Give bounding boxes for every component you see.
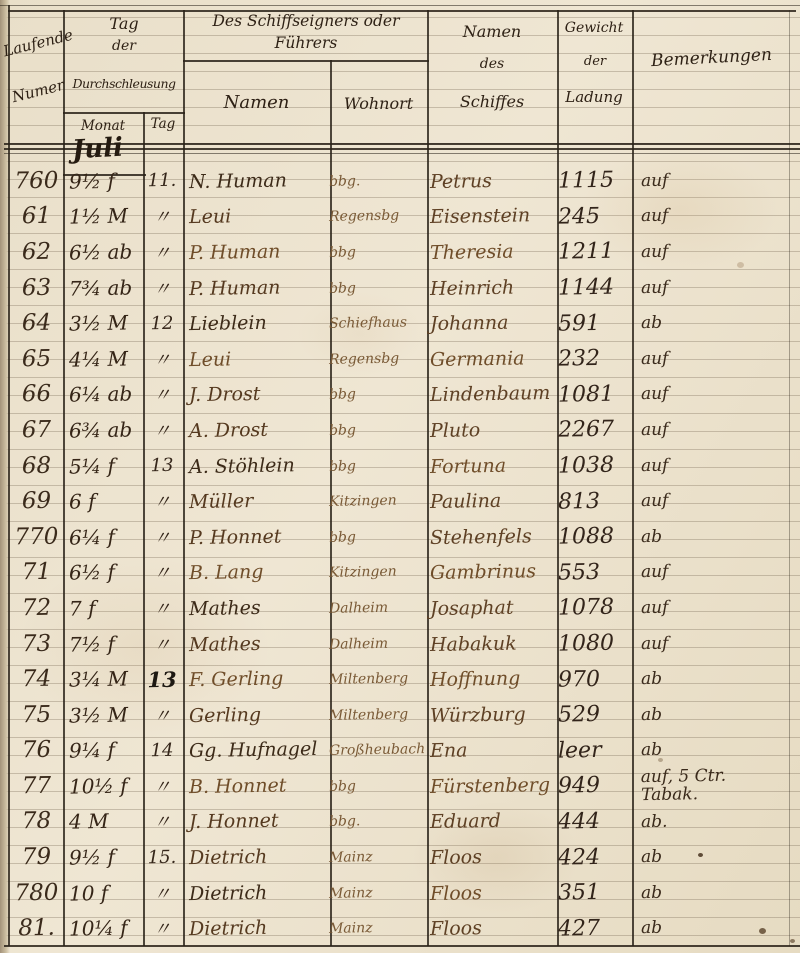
cell-remark: ab xyxy=(631,313,786,334)
column-header-skipper-line2: Führers xyxy=(183,34,429,52)
cell-name: F. Gerling xyxy=(181,667,328,692)
cell-ship: Ena xyxy=(425,738,555,762)
table-row: 753½ M〃GerlingMiltenbergWürzburg529ab xyxy=(10,697,792,733)
cell-ship: Floos xyxy=(425,881,555,905)
cell-name: B. Honnet xyxy=(181,774,328,799)
column-header-weight-line2: der xyxy=(557,54,633,69)
cell-remark: auf xyxy=(631,420,786,441)
cell-remark: auf xyxy=(631,171,786,192)
cell-weight: 1211 xyxy=(555,239,631,265)
cell-remark: auf xyxy=(631,348,786,369)
cell-weight: 591 xyxy=(555,310,631,336)
cell-ship: Floos xyxy=(425,845,555,869)
cell-weight: 1038 xyxy=(555,452,631,478)
cell-time: 6¼ ab xyxy=(63,382,143,407)
cell-ship: Würzburg xyxy=(425,703,555,727)
table-row: 716½ f〃B. LangKitzingenGambrinus553auf xyxy=(10,555,792,591)
month-value: Juli xyxy=(71,133,123,166)
cell-home: Dalheim xyxy=(328,599,425,617)
cell-time: 4¼ M xyxy=(63,346,143,371)
cell-time: 4 M xyxy=(63,809,143,834)
cell-weight: 970 xyxy=(555,666,631,692)
cell-num: 69 xyxy=(10,488,63,515)
cell-home: bbg xyxy=(328,279,425,297)
cell-remark: ab xyxy=(631,526,786,547)
cell-weight: 1078 xyxy=(555,595,631,621)
column-subheader-name: Namen xyxy=(183,92,330,113)
cell-weight: 232 xyxy=(555,346,631,372)
cell-weight: 424 xyxy=(555,844,631,870)
cell-weight: 427 xyxy=(555,915,631,941)
cell-ship: Johanna xyxy=(425,311,555,335)
cell-name: Dietrich xyxy=(181,845,328,870)
cell-name: Leui xyxy=(181,204,328,229)
column-subheader-home: Wohnort xyxy=(330,94,427,113)
cell-ship: Hoffnung xyxy=(425,667,555,691)
cell-time: 3½ M xyxy=(63,310,143,335)
cell-home: bbg xyxy=(328,528,425,546)
cell-home: Mainz xyxy=(328,848,425,866)
cell-ship: Petrus xyxy=(425,169,555,193)
cell-name: Gg. Hufnagel xyxy=(181,738,328,763)
cell-ship: Habakuk xyxy=(425,631,555,655)
grid-line-horizontal xyxy=(0,5,800,6)
cell-ship: Eduard xyxy=(425,809,555,833)
cell-time: 6 f xyxy=(63,488,143,513)
cell-weight: 2267 xyxy=(555,417,631,443)
cell-name: Dietrich xyxy=(181,880,328,905)
cell-remark: auf xyxy=(631,633,786,654)
cell-num: 79 xyxy=(10,844,63,871)
cell-time: 1½ M xyxy=(63,204,143,229)
cell-weight: 813 xyxy=(555,488,631,514)
cell-time: 3½ M xyxy=(63,702,143,727)
cell-home: Miltenberg xyxy=(328,670,425,688)
cell-day: 〃 xyxy=(143,595,181,622)
column-header-date-line3: Durchschleusung xyxy=(58,76,190,91)
cell-day: 〃 xyxy=(143,808,181,835)
cell-weight: 949 xyxy=(555,773,631,799)
cell-home: bbg. xyxy=(328,172,425,190)
cell-num: 780 xyxy=(10,879,63,906)
cell-ship: Stehenfels xyxy=(425,525,555,549)
table-row: 676¾ ab〃A. DrostbbgPluto2267auf xyxy=(10,412,792,448)
cell-home: bbg xyxy=(328,386,425,404)
cell-day: 〃 xyxy=(143,879,181,906)
cell-day: 〃 xyxy=(143,523,181,550)
cell-name: B. Lang xyxy=(181,560,328,585)
cell-home: Miltenberg xyxy=(328,706,425,724)
cell-day: 13 xyxy=(143,455,181,477)
cell-num: 75 xyxy=(10,701,63,728)
cell-weight: 553 xyxy=(555,559,631,585)
cell-time: 3¼ M xyxy=(63,666,143,691)
cell-home: bbg xyxy=(328,421,425,439)
column-header-date-line1: Tag xyxy=(63,14,185,33)
table-row: 737½ f〃MathesDalheimHabakuk1080auf xyxy=(10,626,792,662)
cell-time: 6¼ f xyxy=(63,524,143,549)
cell-name: A. Stöhlein xyxy=(181,453,328,478)
table-row: 799½ f15.DietrichMainzFloos424ab xyxy=(10,839,792,875)
cell-name: P. Honnet xyxy=(181,524,328,549)
cell-day: 〃 xyxy=(143,630,181,657)
cell-name: J. Honnet xyxy=(181,809,328,834)
cell-time: 7½ f xyxy=(63,631,143,656)
cell-ship: Heinrich xyxy=(425,275,555,299)
table-row: 611½ M〃LeuiRegensbgEisenstein245auf xyxy=(10,199,792,235)
header-double-rule-bottom xyxy=(4,148,800,150)
cell-ship: Germania xyxy=(425,347,555,371)
cell-ship: Fürstenberg xyxy=(425,774,555,798)
cell-num: 72 xyxy=(10,594,63,621)
cell-ship: Floos xyxy=(425,916,555,940)
cell-ship: Eisenstein xyxy=(425,204,555,228)
cell-home: Regensbg xyxy=(328,350,425,368)
cell-home: Schiefhaus xyxy=(328,314,425,332)
cell-num: 81. xyxy=(10,915,63,942)
cell-weight: 1088 xyxy=(555,524,631,550)
cell-weight: 1115 xyxy=(555,168,631,194)
cell-day: 〃 xyxy=(143,274,181,301)
cell-remark: auf xyxy=(631,491,786,512)
cell-ship: Fortuna xyxy=(425,453,555,477)
ledger-rows: 7609½ f11.N. Humanbbg.Petrus1115auf611½ … xyxy=(10,163,792,946)
column-header-date-line2: der xyxy=(63,38,185,54)
cell-day: 14 xyxy=(143,739,181,761)
cell-remark: auf xyxy=(631,206,786,227)
cell-time: 9¼ f xyxy=(63,738,143,763)
column-header-remarks: Bemerkungen xyxy=(633,44,791,72)
grid-line-horizontal xyxy=(63,112,185,114)
grid-line-horizontal xyxy=(4,153,800,154)
cell-num: 67 xyxy=(10,416,63,443)
cell-home: Kitzingen xyxy=(328,492,425,510)
cell-name: Mathes xyxy=(181,631,328,656)
cell-home: Großheubach xyxy=(328,741,425,759)
cell-weight: 1080 xyxy=(555,630,631,656)
cell-weight: leer xyxy=(555,737,631,763)
cell-name: P. Human xyxy=(181,275,328,300)
table-row: 696 f〃MüllerKitzingenPaulina813auf xyxy=(10,483,792,519)
cell-day: 〃 xyxy=(143,488,181,515)
cell-remark: auf xyxy=(631,598,786,619)
table-row: 7609½ f11.N. Humanbbg.Petrus1115auf xyxy=(10,163,792,199)
cell-name: Lieblein xyxy=(181,311,328,336)
cell-ship: Paulina xyxy=(425,489,555,513)
cell-ship: Lindenbaum xyxy=(425,382,555,406)
cell-num: 62 xyxy=(10,239,63,266)
column-subheader-day: Tag xyxy=(143,116,183,132)
cell-day: 12 xyxy=(143,312,181,334)
table-row: 784 M〃J. Honnetbbg.Eduard444ab. xyxy=(10,804,792,840)
cell-remark: auf xyxy=(631,562,786,583)
cell-remark: ab xyxy=(631,847,786,868)
cell-weight: 444 xyxy=(555,808,631,834)
cell-num: 77 xyxy=(10,772,63,799)
cell-home: Mainz xyxy=(328,919,425,937)
cell-num: 770 xyxy=(10,523,63,550)
cell-remark: ab xyxy=(631,882,786,903)
cell-num: 76 xyxy=(10,737,63,764)
column-header-skipper-line1: Des Schiffseigners oder xyxy=(183,12,429,30)
cell-day: 〃 xyxy=(143,345,181,372)
table-row: 7706¼ f〃P. HonnetbbgStehenfels1088ab xyxy=(10,519,792,555)
table-row: 769¼ f14Gg. HufnagelGroßheubachEnaleerab xyxy=(10,733,792,769)
cell-remark: auf xyxy=(631,384,786,405)
cell-time: 5¼ f xyxy=(63,453,143,478)
cell-time: 9½ f xyxy=(63,844,143,869)
cell-name: Dietrich xyxy=(181,916,328,941)
cell-num: 68 xyxy=(10,452,63,479)
cell-day: 〃 xyxy=(143,701,181,728)
cell-num: 760 xyxy=(10,167,63,194)
cell-weight: 351 xyxy=(555,880,631,906)
cell-time: 6¾ ab xyxy=(63,417,143,442)
grid-line-horizontal xyxy=(183,60,429,62)
cell-name: N. Human xyxy=(181,169,328,194)
cell-day: 〃 xyxy=(143,559,181,586)
column-header-ship-line3: Schiffes xyxy=(427,92,557,111)
cell-num: 65 xyxy=(10,345,63,372)
cell-day: 〃 xyxy=(143,915,181,942)
cell-time: 7 f xyxy=(63,595,143,620)
cell-remark: auf xyxy=(631,277,786,298)
cell-name: Mathes xyxy=(181,596,328,621)
cell-num: 73 xyxy=(10,630,63,657)
cell-home: bbg xyxy=(328,777,425,795)
cell-home: Regensbg xyxy=(328,208,425,226)
column-subheader-month: Monat xyxy=(63,118,143,134)
cell-name: Müller xyxy=(181,489,328,514)
cell-weight: 529 xyxy=(555,702,631,728)
cell-weight: 245 xyxy=(555,203,631,229)
table-row: 637¾ ab〃P. HumanbbgHeinrich1144auf xyxy=(10,270,792,306)
cell-remark: ab. xyxy=(631,811,786,832)
cell-remark: auf, 5 Ctr. Tabak. xyxy=(631,767,787,805)
table-row: 78010 f〃DietrichMainzFloos351ab xyxy=(10,875,792,911)
cell-weight: 1144 xyxy=(555,274,631,300)
table-row: 727 f〃MathesDalheimJosaphat1078auf xyxy=(10,590,792,626)
cell-home: bbg xyxy=(328,243,425,261)
cell-ship: Pluto xyxy=(425,418,555,442)
cell-day: 〃 xyxy=(143,417,181,444)
cell-home: Mainz xyxy=(328,884,425,902)
cell-ship: Theresia xyxy=(425,240,555,264)
table-row: 626½ ab〃P. HumanbbgTheresia1211auf xyxy=(10,234,792,270)
cell-day: 〃 xyxy=(143,203,181,230)
cell-name: Gerling xyxy=(181,702,328,727)
column-header-weight-line3: Ladung xyxy=(555,88,633,106)
cell-time: 10½ f xyxy=(63,773,143,798)
cell-time: 9½ f xyxy=(63,168,143,193)
table-row: 654¼ M〃LeuiRegensbgGermania232auf xyxy=(10,341,792,377)
cell-num: 66 xyxy=(10,381,63,408)
cell-name: A. Drost xyxy=(181,418,328,443)
cell-num: 71 xyxy=(10,559,63,586)
cell-num: 78 xyxy=(10,808,63,835)
column-header-ship-line2: des xyxy=(427,56,557,72)
table-row: 743¼ M13F. GerlingMiltenbergHoffnung970a… xyxy=(10,661,792,697)
cell-day: 13 xyxy=(143,666,181,692)
cell-remark: ab xyxy=(631,669,786,690)
cell-num: 63 xyxy=(10,274,63,301)
cell-time: 6½ f xyxy=(63,560,143,585)
cell-remark: ab xyxy=(631,918,786,939)
cell-home: Kitzingen xyxy=(328,563,425,581)
cell-name: Leui xyxy=(181,346,328,371)
cell-ship: Gambrinus xyxy=(425,560,555,584)
cell-remark: auf xyxy=(631,455,786,476)
cell-remark: ab xyxy=(631,704,786,725)
cell-num: 61 xyxy=(10,203,63,230)
cell-day: 〃 xyxy=(143,239,181,266)
cell-day: 〃 xyxy=(143,381,181,408)
ink-spots xyxy=(698,853,703,857)
cell-remark: auf xyxy=(631,242,786,263)
cell-name: P. Human xyxy=(181,240,328,265)
cell-day: 11. xyxy=(143,170,181,192)
column-header-ship-line1: Namen xyxy=(427,22,557,41)
cell-time: 7¾ ab xyxy=(63,275,143,300)
cell-home: bbg xyxy=(328,457,425,475)
cell-day: 15. xyxy=(143,846,181,868)
cell-weight: 1081 xyxy=(555,381,631,407)
cell-name: J. Drost xyxy=(181,382,328,407)
cell-remark: ab xyxy=(631,740,786,761)
cell-time: 10 f xyxy=(63,880,143,905)
cell-ship: Josaphat xyxy=(425,596,555,620)
column-header-weight-line1: Gewicht xyxy=(555,20,633,36)
cell-num: 74 xyxy=(10,666,63,693)
table-row: 643½ M12LiebleinSchiefhausJohanna591ab xyxy=(10,305,792,341)
header-double-rule-top xyxy=(4,143,800,145)
table-row: 666¼ ab〃J. DrostbbgLindenbaum1081auf xyxy=(10,377,792,413)
cell-home: Dalheim xyxy=(328,635,425,653)
table-row: 685¼ f13A. StöhleinbbgFortuna1038auf xyxy=(10,448,792,484)
table-row: 7710½ f〃B. HonnetbbgFürstenberg949auf, 5… xyxy=(10,768,792,804)
table-row: 81.10¼ f〃DietrichMainzFloos427ab xyxy=(10,910,792,946)
cell-home: bbg. xyxy=(328,813,425,831)
cell-time: 6½ ab xyxy=(63,239,143,264)
cell-day: 〃 xyxy=(143,773,181,800)
cell-time: 10¼ f xyxy=(63,916,143,941)
ledger-page: Laufende Numer Tag der Durchschleusung M… xyxy=(0,0,800,953)
cell-num: 64 xyxy=(10,310,63,337)
